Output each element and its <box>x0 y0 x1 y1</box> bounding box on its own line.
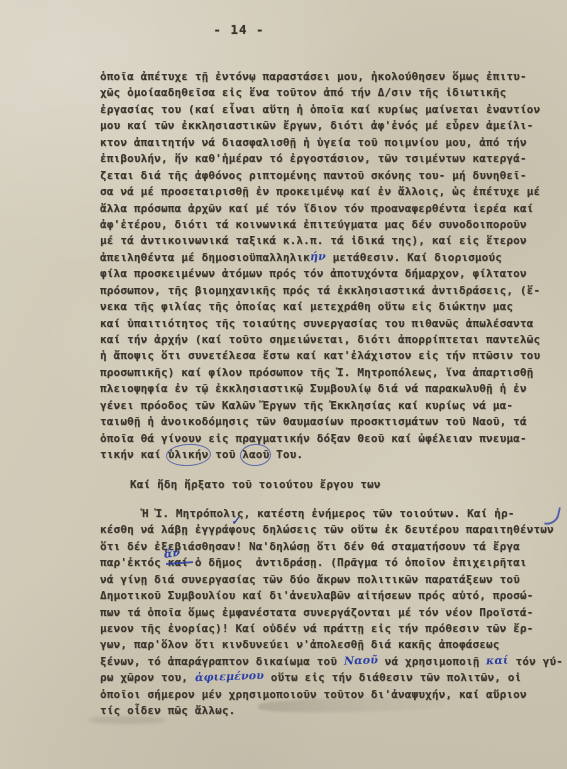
text-line: παρ'ἐκτός ἄνκαί ὁ δῆμος ἀντιδράσῃ. (Πρᾶγ… <box>100 555 556 571</box>
text-line: Δημοτικοῦ Συμβουλίου καί δι'ἀνευλαβῶν αἰ… <box>100 588 556 604</box>
struck-word: καί <box>168 556 188 569</box>
text-line: κέσθη νά λάβῃ ἐγγράφ✓ους δηλώσεις τῶν οὕ… <box>100 522 556 538</box>
paragraph: Ἡ Ἱ. Μητρόπολις, κατέστη ἐνήμερος τῶν το… <box>100 506 556 720</box>
text-line: καί ὑπαιτιότητος τῆς τοιαύτης συνεργασία… <box>100 316 556 332</box>
handwritten-annotation: καί <box>486 652 509 669</box>
text-line: ἐργασίας του (καί εἶναι αὕτη ἡ ὁποῖα καί… <box>100 102 556 118</box>
text-line: γων, παρ'ὅλον ὅτι κινδυνεύει ν'ἀπολεσθῇ … <box>100 637 556 653</box>
text-line: μου καί τῶν ἐκκλησιαστικῶν ἔργων, διότι … <box>100 118 556 134</box>
text-line: ἀπειληθέντα μέ δημοσιοϋπαλληλικήν μετάθε… <box>100 250 556 266</box>
text-line: μέ τά ἀντικοινωνικά ταξικά κ.λ.π. τά ἰδι… <box>100 233 556 249</box>
paragraph: ὁποῖα ἀπέτυχε τῇ ἐντόνῳ παραστάσει μου, … <box>100 69 556 464</box>
text-line: φίλα προσκειμένων ἀτόμων πρός τόν ἀποτυχ… <box>100 266 556 282</box>
page-number: - 14 - <box>0 22 478 37</box>
text-line: σα νά μέ προσεταιρισθῇ ἐν προκειμένῳ καί… <box>100 184 556 200</box>
text-line: ὁποῖα θά γίνουν εἰς πραγματικήν δόξαν Θε… <box>100 431 556 447</box>
text-line: πρόσωπον, τῆς βιομηχανικῆς πρός τά ἐκκλη… <box>100 283 556 299</box>
text-line: Καί ἤδη ἤρξατο τοῦ τοιούτου ἔργου των <box>100 477 556 493</box>
pen-circled-word: λαοῦ <box>242 447 269 463</box>
text-line: ἀφ'ἑτέρου, διότι τά κοινωνικά ἐπιτεύγματ… <box>100 217 556 233</box>
text-line: κτον ἀπαιτητήν νά διασφαλισθῇ ἡ ὑγεία το… <box>100 135 556 151</box>
text-line: ἡ ἄποψις ὅτι συνετέλεσα ἔστω καί κατ'ἐλά… <box>100 348 556 364</box>
handwritten-annotation: ἄν <box>163 547 165 563</box>
handwritten-annotation: Ναοῦ <box>344 652 379 669</box>
text-line: ὁποῖα ἀπέτυχε τῇ ἐντόνῳ παραστάσει μου, … <box>100 69 556 85</box>
pen-circled-word: ὑλικήν <box>168 447 209 463</box>
handwritten-annotation: ✓ <box>230 514 232 530</box>
text-line: νεκα τῆς φιλίας τῆς ὁποίας καί μετεχράθη… <box>100 299 556 315</box>
text-line: γένει πρόοδος τῶν Καλῶν Ἔργων τῆς Ἐκκλησ… <box>100 398 556 414</box>
handwritten-annotation: ἀφιεμένου <box>195 668 265 687</box>
text-line: ξένων, τό ἀπαράγραπτον δικαίωμα τοῦ Ναοῦ… <box>100 654 556 670</box>
text-line: ἐπιβουλήν, ἥν καθ'ἡμέραν τό ἐργοστάσιον,… <box>100 151 556 167</box>
document-page: - 14 - ὁποῖα ἀπέτυχε τῇ ἐντόνῳ παραστάσε… <box>0 0 567 769</box>
text-line: καί τήν ἀρχήν (καί τοῦτο σημειώνεται, δι… <box>100 332 556 348</box>
text-line: ρω χῶρον του, ἀφιεμένου οὕτω εἰς τήν διά… <box>100 670 556 686</box>
paragraph: Καί ἤδη ἤρξατο τοῦ τοιούτου ἔργου των <box>100 477 556 493</box>
text-line: χῶς ὁμοίααδηθεῖσα εἰς ἕνα τοῦτον ἀπό τήν… <box>100 85 556 101</box>
text-line: ταιωθῇ ἡ ἀνοικοδόμησις τῶν θαυμασίων προ… <box>100 414 556 430</box>
handwritten-annotation: ήν <box>310 249 326 266</box>
text-line: τικήν καί ὑλικήν τοῦ λαοῦ Του. <box>100 447 556 463</box>
ink-smudge <box>88 716 166 724</box>
text-line: ζεται διά τῆς ἀφθόνος ριπτομένης παντοῦ … <box>100 168 556 184</box>
text-line: μενον τῆς ἐνορίας)! Καί οὐδέν νά πράττῃ … <box>100 621 556 637</box>
text-line: πων τά ὁποῖα ὅμως ἐμφανέστατα συνεργάζον… <box>100 605 556 621</box>
text-line: Ἡ Ἱ. Μητρόπολις, κατέστη ἐνήμερος τῶν το… <box>100 506 556 522</box>
text-line: πλειοψηφία ἐν τῷ ἐκκλησιαστικῷ Συμβουλίῳ… <box>100 381 556 397</box>
typewritten-text: ὁποῖα ἀπέτυχε τῇ ἐντόνῳ παραστάσει μου, … <box>100 69 556 720</box>
text-line: νά γίνῃ διά συνεργασίας τῶν δύο ἄκρων πο… <box>100 572 556 588</box>
text-line: ἄλλα πρόσωπα ἀρχῶν καί μέ τόν ἴδιον τόν … <box>100 201 556 217</box>
text-line: προσωπικῆς) καί φίλον πρόσωπον τῆς Ἱ. Μη… <box>100 365 556 381</box>
